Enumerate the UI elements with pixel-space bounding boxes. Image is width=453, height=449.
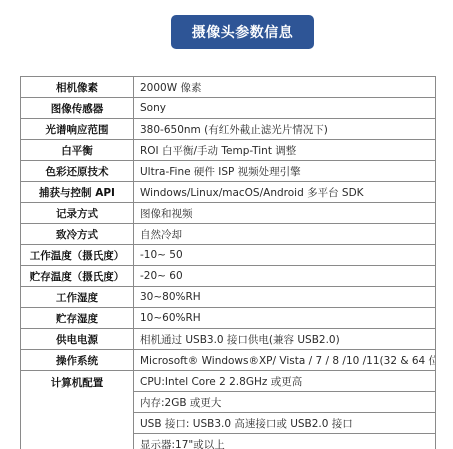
spec-value: 相机通过 USB3.0 接口供电(兼容 USB2.0) (134, 329, 436, 350)
table-row: 计算机配置 CPU:Intel Core 2 2.8GHz 或更高 (21, 371, 436, 392)
spec-value: 380-650nm (有红外截止滤光片情况下) (134, 119, 436, 140)
table-row: 相机像素2000W 像素 (21, 77, 436, 98)
spec-key: 记录方式 (21, 203, 134, 224)
spec-key: 捕获与控制 API (21, 182, 134, 203)
spec-value: ROI 白平衡/手动 Temp-Tint 调整 (134, 140, 436, 161)
spec-value: 显示器:17"或以上 (134, 434, 436, 449)
spec-value: 自然冷却 (134, 224, 436, 245)
table-row: 贮存温度（摄氏度） -20~ 60 (21, 266, 436, 287)
spec-value: -20~ 60 (134, 266, 436, 287)
spec-value: Windows/Linux/macOS/Android 多平台 SDK (134, 182, 436, 203)
spec-value: USB 接口: USB3.0 高速接口或 USB2.0 接口 (134, 413, 436, 434)
spec-key: 操作系统 (21, 350, 134, 371)
spec-value: 2000W 像素 (134, 77, 436, 98)
table-row: 致冷方式自然冷却 (21, 224, 436, 245)
spec-key: 白平衡 (21, 140, 134, 161)
spec-key: 图像传感器 (21, 98, 134, 119)
spec-key: 供电电源 (21, 329, 134, 350)
spec-key: 工作温度（摄氏度） (21, 245, 134, 266)
table-row: 色彩还原技术Ultra-Fine 硬件 ISP 视频处理引擎 (21, 161, 436, 182)
table-row: 供电电源相机通过 USB3.0 接口供电(兼容 USB2.0) (21, 329, 436, 350)
table-row: 捕获与控制 APIWindows/Linux/macOS/Android 多平台… (21, 182, 436, 203)
spec-key: 光谱响应范围 (21, 119, 134, 140)
spec-key: 色彩还原技术 (21, 161, 134, 182)
spec-key: 相机像素 (21, 77, 134, 98)
table-row: 白平衡ROI 白平衡/手动 Temp-Tint 调整 (21, 140, 436, 161)
table-row: 记录方式图像和视频 (21, 203, 436, 224)
spec-value: Sony (134, 98, 436, 119)
table-row: 图像传感器Sony (21, 98, 436, 119)
spec-key: 计算机配置 (21, 371, 134, 449)
spec-key: 贮存湿度 (21, 308, 134, 329)
spec-value: 图像和视频 (134, 203, 436, 224)
table-row: 操作系统Microsoft® Windows®XP/ Vista / 7 / 8… (21, 350, 436, 371)
spec-value: 30~80%RH (134, 287, 436, 308)
spec-key: 贮存温度（摄氏度） (21, 266, 134, 287)
page-title: 摄像头参数信息 (171, 15, 314, 49)
spec-key: 致冷方式 (21, 224, 134, 245)
table-row: 工作温度（摄氏度） -10~ 50 (21, 245, 436, 266)
spec-table: 相机像素2000W 像素 图像传感器Sony 光谱响应范围380-650nm (… (20, 76, 436, 449)
table-row: 工作湿度30~80%RH (21, 287, 436, 308)
spec-value: CPU:Intel Core 2 2.8GHz 或更高 (134, 371, 436, 392)
spec-value: 内存:2GB 或更大 (134, 392, 436, 413)
spec-value: 10~60%RH (134, 308, 436, 329)
spec-value: Ultra-Fine 硬件 ISP 视频处理引擎 (134, 161, 436, 182)
table-row: 贮存湿度10~60%RH (21, 308, 436, 329)
spec-value: Microsoft® Windows®XP/ Vista / 7 / 8 /10… (134, 350, 436, 371)
table-row: 光谱响应范围380-650nm (有红外截止滤光片情况下) (21, 119, 436, 140)
spec-value: -10~ 50 (134, 245, 436, 266)
spec-key: 工作湿度 (21, 287, 134, 308)
